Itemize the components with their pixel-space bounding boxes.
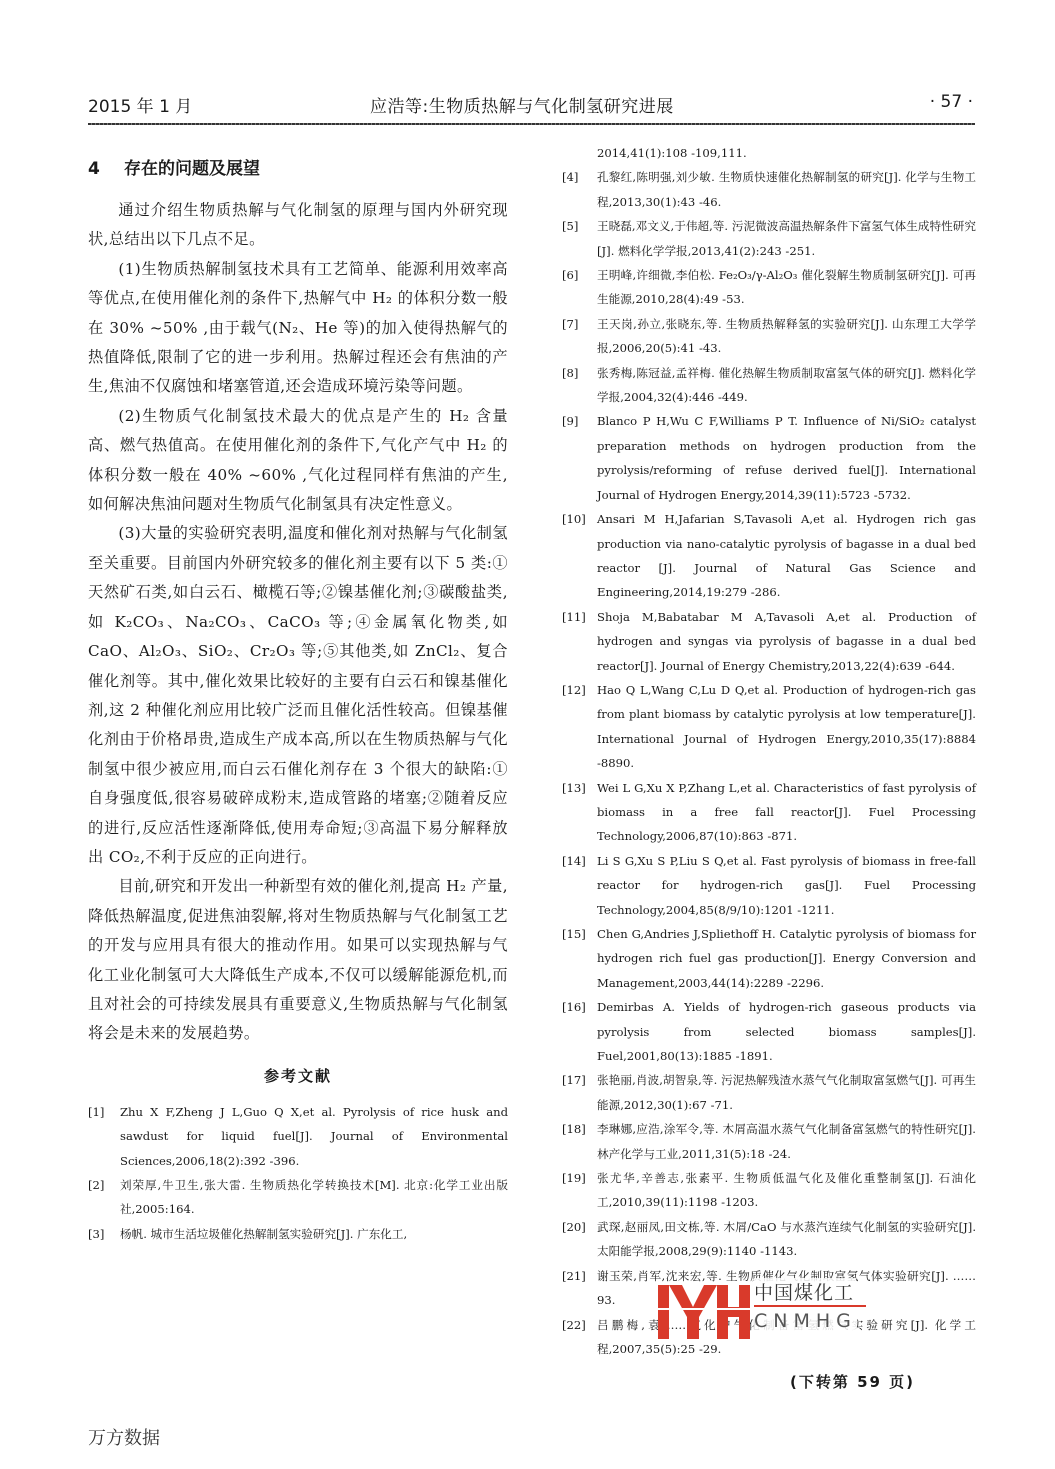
reference-text: 武琛,赵丽凤,田文栋,等. 木屑/CaO 与水蒸汽连续气化制氢的实验研究[J].… <box>597 1220 976 1258</box>
reference-item: [17]张艳丽,肖波,胡智泉,等. 污泥热解残渣水蒸气气化制取富氢燃气[J]. … <box>562 1068 976 1117</box>
reference-text: 杨帆. 城市生活垃圾催化热解制氢实验研究[J]. 广东化工, <box>120 1227 407 1241</box>
reference-index: [17] <box>562 1068 586 1092</box>
reference-text: Demirbas A. Yields of hydrogen-rich gase… <box>597 1000 976 1063</box>
paragraph-outlook: 目前,研究和开发出一种新型有效的催化剂,提高 H₂ 产量,降低热解温度,促进焦油… <box>88 872 508 1048</box>
reference-text: Zhu X F,Zheng J L,Guo Q X,et al. Pyrolys… <box>120 1105 508 1168</box>
reference-index: [13] <box>562 776 586 800</box>
running-title: 应浩等:生物质热解与气化制氢研究进展 <box>370 92 674 117</box>
reference-index: [2] <box>88 1173 104 1197</box>
reference-item: [18]李琳娜,应浩,涂军令,等. 木屑高温水蒸气气化制备富氢燃气的特性研究[J… <box>562 1117 976 1166</box>
reference-item: [9]Blanco P H,Wu C F,Williams P T. Influ… <box>562 409 976 507</box>
reference-index: [1] <box>88 1100 104 1124</box>
reference-text: 张尤华,辛善志,张素平. 生物质低温气化及催化重整制氢[J]. 石油化工,201… <box>597 1171 976 1209</box>
page-number: · 57 · <box>930 92 973 112</box>
reference-index: [7] <box>562 312 578 336</box>
watermark-underline <box>754 1305 866 1307</box>
section-title: 存在的问题及展望 <box>124 159 260 179</box>
reference-item: [1]Zhu X F,Zheng J L,Guo Q X,et al. Pyro… <box>88 1100 508 1173</box>
reference-text: Wei L G,Xu X P,Zhang L,et al. Characteri… <box>597 781 976 844</box>
running-header: 2015 年 1 月 应浩等:生物质热解与气化制氢研究进展 · 57 · <box>88 92 973 118</box>
reference-index: [21] <box>562 1264 586 1288</box>
reference-item: [16]Demirbas A. Yields of hydrogen-rich … <box>562 995 976 1068</box>
reference-index: [5] <box>562 214 578 238</box>
right-column: 2014,41(1):108 -109,111. [4]孔黎红,陈明强,刘少敏.… <box>562 141 976 1361</box>
reference-item: [15]Chen G,Andries J,Spliethoff H. Catal… <box>562 922 976 995</box>
section-heading: 4存在的问题及展望 <box>88 155 508 183</box>
watermark-chinese: 中国煤化工 <box>754 1278 856 1305</box>
reference-text: 王晓磊,邓文义,于伟超,等. 污泥微波高温热解条件下富氢气体生成特性研究[J].… <box>597 219 976 257</box>
footer-source: 万方数据 <box>88 1424 160 1450</box>
section-number: 4 <box>88 155 124 183</box>
reference-item: [10]Ansari M H,Jafarian S,Tavasoli A,et … <box>562 507 976 605</box>
reference-index: [14] <box>562 849 586 873</box>
reference-text: Blanco P H,Wu C F,Williams P T. Influenc… <box>597 414 976 501</box>
reference-index: [3] <box>88 1222 104 1246</box>
reference-index: [18] <box>562 1117 586 1141</box>
reference-index: [11] <box>562 605 586 629</box>
reference-index: [8] <box>562 361 578 385</box>
watermark-logo-icon <box>658 1279 750 1339</box>
reference-text: 张艳丽,肖波,胡智泉,等. 污泥热解残渣水蒸气气化制取富氢燃气[J]. 可再生能… <box>597 1073 976 1111</box>
header-divider <box>88 123 975 125</box>
paragraph-catalysts: (3)大量的实验研究表明,温度和催化剂对热解与气化制氢至关重要。目前国内外研究较… <box>88 519 508 872</box>
reference-item: [14]Li S G,Xu S P,Liu S Q,et al. Fast py… <box>562 849 976 922</box>
reference-text: 张秀梅,陈冠益,孟祥梅. 催化热解生物质制取富氢气体的研究[J]. 燃料化学学报… <box>597 366 976 404</box>
reference-item: [11]Shoja M,Babatabar M A,Tavasoli A,et … <box>562 605 976 678</box>
reference-text: 孔黎红,陈明强,刘少敏. 生物质快速催化热解制氢的研究[J]. 化学与生物工程,… <box>597 170 976 208</box>
watermark: 中国煤化工 CNMHG <box>658 1279 868 1339</box>
reference-index: [19] <box>562 1166 586 1190</box>
reference-index: [9] <box>562 409 578 433</box>
reference-text: Ansari M H,Jafarian S,Tavasoli A,et al. … <box>597 512 976 599</box>
references-heading: 参考文献 <box>88 1065 508 1086</box>
reference-text: 2014,41(1):108 -109,111. <box>597 146 747 160</box>
reference-text: Hao Q L,Wang C,Lu D Q,et al. Production … <box>597 683 976 770</box>
reference-item: [13]Wei L G,Xu X P,Zhang L,et al. Charac… <box>562 776 976 849</box>
reference-index: [22] <box>562 1313 586 1337</box>
reference-index: [10] <box>562 507 586 531</box>
reference-text: Chen G,Andries J,Spliethoff H. Catalytic… <box>597 927 976 990</box>
reference-index: [16] <box>562 995 586 1019</box>
reference-item: [20]武琛,赵丽凤,田文栋,等. 木屑/CaO 与水蒸汽连续气化制氢的实验研究… <box>562 1215 976 1264</box>
reference-index: [20] <box>562 1215 586 1239</box>
reference-item: [5]王晓磊,邓文义,于伟超,等. 污泥微波高温热解条件下富氢气体生成特性研究[… <box>562 214 976 263</box>
reference-item: [6]王明峰,许细微,李伯松. Fe₂O₃/γ-Al₂O₃ 催化裂解生物质制氢研… <box>562 263 976 312</box>
reference-text: Shoja M,Babatabar M A,Tavasoli A,et al. … <box>597 610 976 673</box>
reference-text: Li S G,Xu S P,Liu S Q,et al. Fast pyroly… <box>597 854 976 917</box>
reference-text: 王明峰,许细微,李伯松. Fe₂O₃/γ-Al₂O₃ 催化裂解生物质制氢研究[J… <box>597 268 976 306</box>
reference-index: [12] <box>562 678 586 702</box>
reference-item: [7]王天岗,孙立,张晓东,等. 生物质热解释氢的实验研究[J]. 山东理工大学… <box>562 312 976 361</box>
reference-item: [2]刘荣厚,牛卫生,张大雷. 生物质热化学转换技术[M]. 北京:化学工业出版… <box>88 1173 508 1222</box>
continued-note: (下转第 59 页) <box>790 1371 915 1392</box>
reference-item: [4]孔黎红,陈明强,刘少敏. 生物质快速催化热解制氢的研究[J]. 化学与生物… <box>562 165 976 214</box>
reference-item: [12]Hao Q L,Wang C,Lu D Q,et al. Product… <box>562 678 976 776</box>
watermark-english: CNMHG <box>754 1310 857 1332</box>
reference-index: [15] <box>562 922 586 946</box>
reference-text: 王天岗,孙立,张晓东,等. 生物质热解释氢的实验研究[J]. 山东理工大学学报,… <box>597 317 976 355</box>
issue-date: 2015 年 1 月 <box>88 92 192 117</box>
reference-item: [19]张尤华,辛善志,张素平. 生物质低温气化及催化重整制氢[J]. 石油化工… <box>562 1166 976 1215</box>
paragraph-intro: 通过介绍生物质热解与气化制氢的原理与国内外研究现状,总结出以下几点不足。 <box>88 196 508 255</box>
reference-continuation: 2014,41(1):108 -109,111. <box>562 141 976 165</box>
reference-text: 刘荣厚,牛卫生,张大雷. 生物质热化学转换技术[M]. 北京:化学工业出版社,2… <box>120 1178 508 1216</box>
reference-text: 李琳娜,应浩,涂军令,等. 木屑高温水蒸气气化制备富氢燃气的特性研究[J]. 林… <box>597 1122 976 1160</box>
paragraph-gasification: (2)生物质气化制氢技术最大的优点是产生的 H₂ 含量高、燃气热值高。在使用催化… <box>88 402 508 520</box>
reference-item: [3]杨帆. 城市生活垃圾催化热解制氢实验研究[J]. 广东化工, <box>88 1222 508 1246</box>
reference-item: [8]张秀梅,陈冠益,孟祥梅. 催化热解生物质制取富氢气体的研究[J]. 燃料化… <box>562 361 976 410</box>
reference-index: [4] <box>562 165 578 189</box>
left-column: 4存在的问题及展望 通过介绍生物质热解与气化制氢的原理与国内外研究现状,总结出以… <box>88 155 508 1246</box>
reference-index: [6] <box>562 263 578 287</box>
paragraph-pyrolysis: (1)生物质热解制氢技术具有工艺简单、能源利用效率高等优点,在使用催化剂的条件下… <box>88 255 508 402</box>
